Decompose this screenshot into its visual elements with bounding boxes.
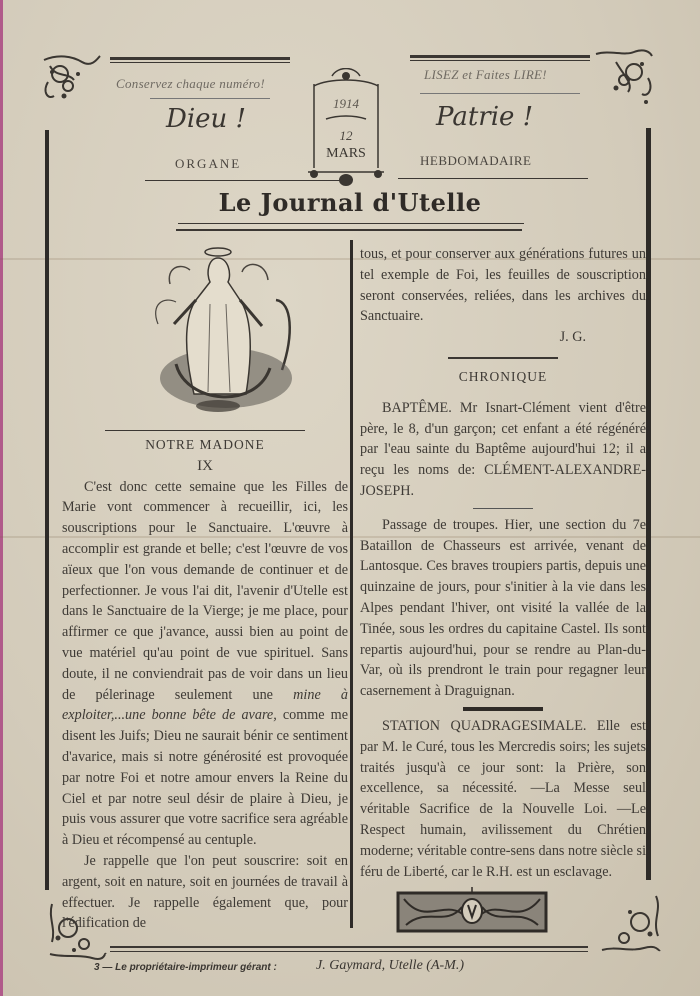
newspaper-title: Le Journal d'Utelle — [180, 188, 520, 217]
footer-rule-thin — [110, 951, 588, 952]
date-cartouche: 1914 12 MARS — [304, 68, 388, 176]
slogan-lisez: LISEZ et Faites LIRE! — [424, 67, 547, 83]
article-paragraph: C'est donc cette semaine que les Filles … — [62, 477, 348, 851]
date-year: 1914 — [304, 96, 388, 112]
motto-dieu: Dieu ! — [166, 104, 246, 134]
footer-printer: J. Gaymard, Utelle (A-M.) — [316, 958, 464, 974]
frame-right-border — [646, 128, 651, 880]
label-organe: ORGANE — [175, 156, 241, 172]
title-rule-double — [176, 229, 522, 231]
illustration-rule — [105, 430, 305, 431]
label-hebdomadaire: HEBDOMADAIRE — [420, 153, 531, 169]
article-number: IX — [62, 456, 348, 477]
frame-left-border — [45, 130, 49, 890]
top-rule-right — [410, 55, 590, 58]
slogan-conservez: Conservez chaque numéro! — [116, 76, 265, 92]
article-continuation: tous, et pour conserver aux générations … — [360, 244, 646, 327]
chronicle-title: CHRONIQUE — [360, 367, 646, 388]
title-rule — [178, 223, 524, 224]
chronicle-item-station: STATION QUADRAGESIMALE. Elle est par M. … — [360, 716, 646, 882]
chronicle-item-troupes: Passage de troupes. Hier, une section du… — [360, 515, 646, 702]
top-rule-right-thin — [410, 60, 590, 61]
date-month: MARS — [304, 146, 388, 162]
flourish-rule-left — [150, 98, 270, 99]
column-divider — [350, 240, 353, 928]
flourish-rule-right — [420, 93, 580, 94]
top-rule-left-thin — [110, 62, 290, 63]
right-column: tous, et pour conserver aux générations … — [360, 244, 646, 882]
date-frame-ornament-icon — [304, 68, 388, 186]
newspaper-page: Conservez chaque numéro! LISEZ et Faites… — [0, 0, 700, 996]
page-edge — [0, 0, 3, 996]
left-column: NOTRE MADONE IX C'est donc cette semaine… — [62, 430, 348, 934]
footer-rule — [110, 946, 588, 948]
hebdo-underline — [398, 178, 588, 179]
corner-ornament-icon — [38, 52, 102, 116]
article-title: NOTRE MADONE — [62, 435, 348, 456]
corner-ornament-icon — [600, 892, 664, 956]
section-rule — [448, 357, 558, 359]
corner-ornament-icon — [594, 48, 658, 112]
footer-imprint: 3 — Le propriétaire-imprimeur gérant : — [94, 962, 277, 973]
decorative-vignette-icon — [396, 887, 548, 933]
article-signature: J. G. — [360, 327, 646, 348]
thick-separator — [463, 707, 543, 711]
dash-separator — [473, 508, 533, 509]
chronicle-item-bapteme: BAPTÊME. Mr Isnart-Clément vient d'être … — [360, 398, 646, 502]
motto-patrie: Patrie ! — [436, 102, 533, 132]
madonna-illustration-icon — [146, 244, 306, 422]
date-day: 12 — [304, 128, 388, 144]
article-paragraph: Je rappelle que l'on peut souscrire: soi… — [62, 851, 348, 934]
top-rule-left — [110, 57, 290, 60]
